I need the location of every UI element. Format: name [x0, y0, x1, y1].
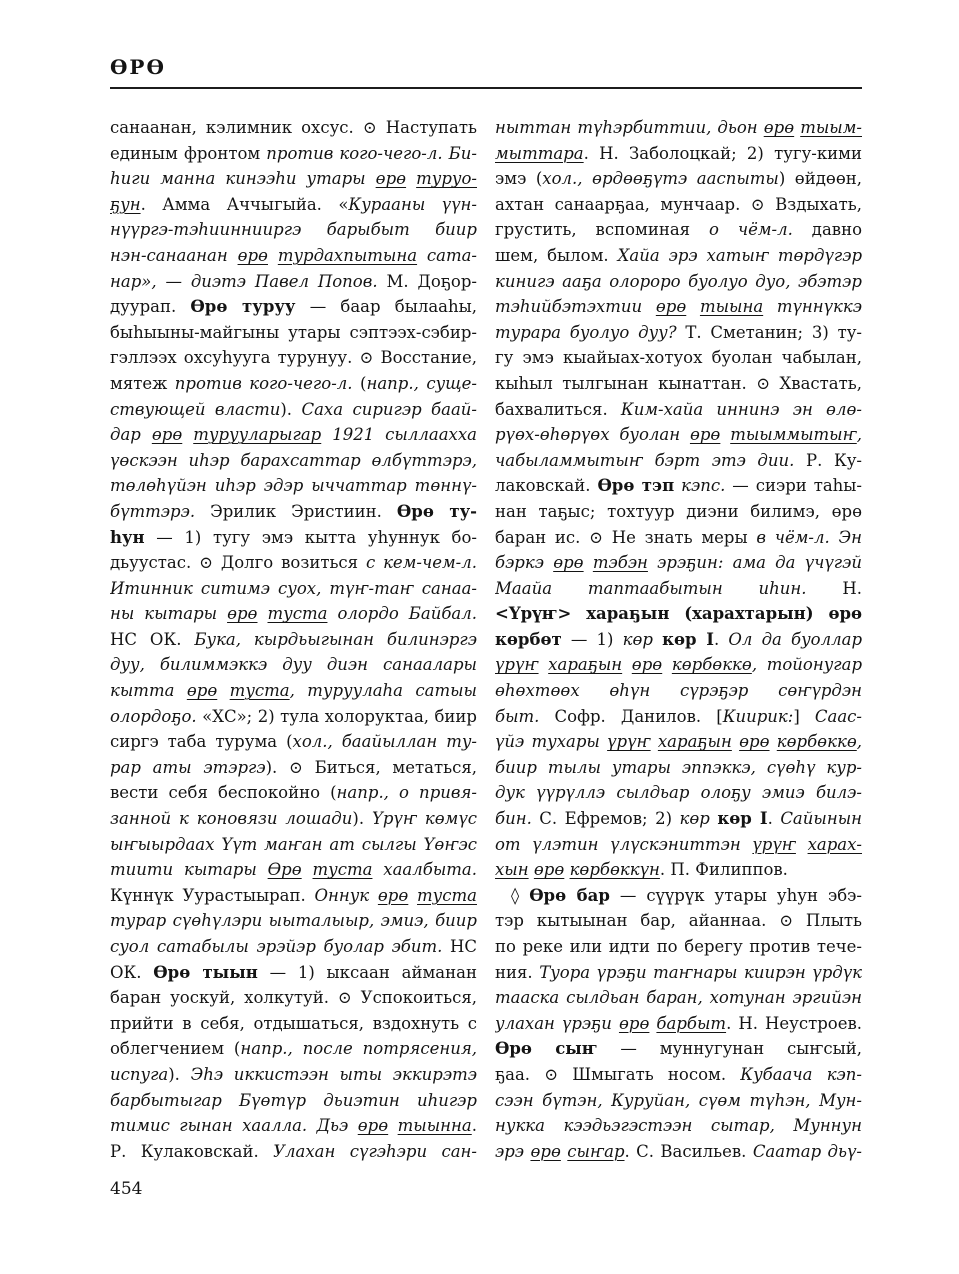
text-segment: өрө — [378, 886, 408, 905]
page-number: 454 — [110, 1178, 862, 1200]
text-line: Маайа таптаабытын иһин. Н. Неустроев. — [495, 576, 862, 602]
text-segment: единым фронтом — [110, 144, 266, 163]
text-line: ны кытары өрө туста олордо Байбал. — [110, 601, 477, 627]
text-segment: , туруулаһа сатыы — [290, 681, 477, 700]
text-segment: кытта — [110, 681, 187, 700]
text-segment: өрө — [690, 425, 720, 444]
text-segment: 1921 сыллаахха — [321, 425, 477, 444]
text-segment: Хайа эрэ хатыҥ төрдүгэр — [618, 246, 862, 265]
text-segment: Курааны үүн- — [348, 195, 477, 214]
text-segment: гэллээх охсуһууга турунуу. ⊙ Восстание, — [110, 348, 477, 367]
text-segment: облегчением ( — [110, 1039, 240, 1058]
text-segment: нэн-санаанан — [110, 246, 238, 265]
text-line: нукка кээдьэгэстээн сытар, Муннун — [495, 1113, 862, 1139]
text-segment: Сайынын — [780, 809, 862, 828]
text-segment: ) өйдөөн, — [779, 169, 862, 188]
text-segment: ). ⊙ Биться, метаться, — [266, 758, 477, 777]
text-segment — [732, 732, 739, 751]
text-segment: Т. Сметанин; 3) ту- — [677, 323, 862, 342]
text-line: прийти в себя, отдышаться, вздохнуть с — [110, 1011, 477, 1037]
text-segment: өрө — [152, 425, 182, 444]
text-segment: бүттэрэ. — [110, 502, 195, 521]
text-segment: өһөхтөөх өһүн сүрэҕэр сөҥүрдэн сылдьы- — [495, 681, 862, 704]
text-segment: өрө — [656, 297, 686, 316]
text-segment: дук үүрүллэ сылдьар олоҕу эмиэ билэ- — [495, 783, 862, 802]
text-line: ния. Туора үрэҕи таҥнары киирэн үрдүк — [495, 960, 862, 986]
text-line: үөскээн иһэр барахсаттар өлбүттэрэ, — [110, 448, 477, 474]
text-segment: Өрө — [268, 860, 302, 879]
text-segment: тимис гынан хаалла. Дьэ — [110, 1116, 358, 1135]
text-segment: көр — [680, 809, 710, 828]
text-segment: Күннүк Уурастыырап. — [110, 886, 314, 905]
text-line: бэркэ өрө тэбэн эрэҕин: ама да үчүгэй — [495, 550, 862, 576]
text-line: занной к коновязи лошади). Үрүҥ көмүс — [110, 806, 477, 832]
text-segment: сыҥар — [567, 1142, 624, 1161]
text-segment: Өрө туруу — [190, 297, 295, 316]
text-segment: барбыт — [656, 1014, 726, 1033]
text-segment: Туора үрэҕи таҥнары киирэн үрдүк — [539, 963, 862, 982]
text-segment: баран уоскуй, холкутуй. ⊙ Успокоиться, — [110, 988, 477, 1007]
text-line: Күннүк Уурастыырап. Оннук өрө туста — [110, 883, 477, 909]
text-segment — [388, 1116, 397, 1135]
text-segment: по реке или идти по берегу против тече- — [495, 937, 862, 956]
text-segment: от үлэтин үлүскэниттэн — [495, 835, 752, 854]
text-line: быт. Софр. Данилов. [Киирик:] Саас- — [495, 704, 862, 730]
text-line: кыһыл тылгынан кынаттан. ⊙ Хвастать, — [495, 371, 862, 397]
text-segment — [686, 297, 700, 316]
text-segment: тааска сылдьан баран, хотунан эргийэн — [495, 988, 862, 1007]
text-segment: . Амма Аччыгыйа. « — [141, 195, 349, 214]
text-segment: өрө — [238, 246, 268, 265]
page-header: ӨРӨ — [110, 54, 862, 89]
text-segment — [539, 655, 549, 674]
text-segment: хол., баайыллан ту- — [293, 732, 477, 751]
text-segment: дьуустас. ⊙ Долго возиться — [110, 553, 366, 572]
text-segment: ны кытары — [110, 604, 227, 623]
text-segment: хараҕын — [658, 732, 732, 751]
text-segment: сиргэ таба турума ( — [110, 732, 293, 751]
text-line: турара буолуо дуу? Т. Сметанин; 3) ту- — [495, 320, 862, 346]
text-segment: ыҥыырдаах Үүт маҥан ат сылгы Үөҥэс — [110, 835, 477, 854]
text-line: санаанан, кэлимник охсус. ⊙ Наступать — [110, 115, 477, 141]
text-segment: дуурап. — [110, 297, 190, 316]
text-line: испуга). Эһэ иккистээн ыты эккирэтэ — [110, 1062, 477, 1088]
text-segment: өрө — [739, 732, 769, 751]
text-line: шем, былом. Хайа эрэ хатыҥ төрдүгэр — [495, 243, 862, 269]
text-segment: санаанан, кэлимник охсус. ⊙ Наступать — [110, 118, 477, 137]
text-segment: бахвалиться. — [495, 400, 621, 419]
text-segment: биир тылы утары эппэккэ, сүөһү кур- — [495, 758, 862, 777]
text-line: ахтан санаарҕаа, мунчаар. ⊙ Вздыхать, — [495, 192, 862, 218]
text-segment: турара буолуо дуу? — [495, 323, 677, 342]
text-line: ныттан түһэрбиттии, дьон өрө тыым- — [495, 115, 862, 141]
text-line: гу эмэ кыайыах-хотуох буолан чабылан, — [495, 345, 862, 371]
text-line: суол сатабылы эрэйэр буолар эбит. НС — [110, 934, 477, 960]
text-segment: өрө — [534, 860, 564, 879]
text-line: мыттара. Н. Заболоцкай; 2) тугу-кими — [495, 141, 862, 167]
text-segment: — сиэри таһы- — [725, 476, 862, 495]
text-segment: кэпс. — [681, 476, 725, 495]
text-line: дук үүрүллэ сылдьар олоҕу эмиэ билэ- — [495, 780, 862, 806]
text-line: кинигэ ааҕа олороро буолуо дуо, эбэтэр — [495, 269, 862, 295]
text-segment: көр I — [717, 809, 767, 828]
text-segment: НС ОК. — [110, 630, 194, 649]
text-segment: напр., после потрясения, — [240, 1039, 477, 1058]
text-segment: өрө — [553, 553, 583, 572]
text-line: сээн бүтэн, Куруйан, сүөм түһэн, Мун- — [495, 1088, 862, 1114]
text-segment: Улахан сүгэһэри сан- — [273, 1142, 477, 1161]
text-segment: үйэ тухары — [495, 732, 607, 751]
text-line: мятеж против кого-чего-л. (напр., суще- — [110, 371, 477, 397]
text-segment: Эрилик Эристиин. — [195, 502, 397, 521]
text-line: ствующей власти). Саха сиригэр баай- — [110, 397, 477, 423]
text-line: рар аты этэргэ). ⊙ Биться, метаться, — [110, 755, 477, 781]
text-segment: Оннук — [314, 886, 377, 905]
text-segment: хол., өрдөөҕүтэ ааспыты — [542, 169, 779, 188]
text-line: төлөһүйэн иһэр эдэр ыччаттар төннү- — [110, 473, 477, 499]
text-segment: с кем-чем-л. — [366, 553, 477, 572]
text-line: нан таҕыс; тохтуур диэни билимэ, өрө — [495, 499, 862, 525]
text-segment — [584, 553, 593, 572]
text-segment: — 1) — [562, 630, 623, 649]
text-segment: Софр. Данилов. [ — [539, 707, 722, 726]
text-line: ҕаа. ⊙ Шмыгать носом. Кубаача кэп- — [495, 1062, 862, 1088]
text-line: быһыыны-майгыны утары сэптээх-сэбир- — [110, 320, 477, 346]
text-line: ыҥыырдаах Үүт маҥан ат сылгы Үөҥэс — [110, 832, 477, 858]
text-segment — [182, 425, 193, 444]
text-line: тааска сылдьан баран, хотунан эргийэн — [495, 985, 862, 1011]
text-segment — [406, 169, 416, 188]
text-segment: һун — [110, 528, 145, 547]
text-line: тимис гынан хаалла. Дьэ өрө тыынна. — [110, 1113, 477, 1139]
text-segment: ния. — [495, 963, 539, 982]
text-segment: түннүккэ — [763, 297, 862, 316]
text-line: баран ис. ⊙ Не знать меры в чём-л. Эн — [495, 525, 862, 551]
text-segment: Саатар дьү- — [753, 1142, 862, 1161]
text-segment: Р. Кулаковскай. — [110, 1142, 273, 1161]
text-segment: М. Доҕор- — [378, 272, 477, 291]
text-segment: <Үрүҥ> хараҕын (харахтарын) өрө — [495, 604, 862, 623]
text-line: нүүргэ-тэһииннииргэ барыбыт биир өйү- — [110, 217, 477, 243]
text-line: Р. Кулаковскай. Улахан сүгэһэри сан- — [110, 1139, 477, 1165]
text-segment: хын — [495, 860, 529, 879]
text-segment: нукка кээдьэгэстээн сытар, Муннун — [495, 1116, 862, 1135]
text-segment: ОК. — [110, 963, 153, 982]
text-segment: Өрө тэп — [597, 476, 674, 495]
text-segment: Саха сиригэр баай- — [301, 400, 477, 419]
text-segment: төлөһүйэн иһэр эдэр ыччаттар төннү- — [110, 476, 477, 495]
text-segment: о чём-л. — [709, 220, 793, 239]
text-segment: — баар былааһы, — [296, 297, 478, 316]
text-segment: хаалбыта. — [372, 860, 477, 879]
text-segment — [268, 246, 278, 265]
text-segment: — 1) тугу эмэ кытта уһуннук бо- — [145, 528, 477, 547]
text-segment: Ким-хайа иннинэ эн өлө- — [621, 400, 862, 419]
text-segment: тэһийбэтэхтии — [495, 297, 656, 316]
text-segment: — сүүрүк утары уһун эбэ- — [610, 886, 862, 905]
text-segment: . — [472, 1116, 477, 1135]
text-segment: Саас- — [815, 707, 862, 726]
text-segment: олордоҕо. — [110, 707, 197, 726]
text-segment: Киирик: — [723, 707, 794, 726]
text-segment: . — [768, 809, 781, 828]
text-segment: НС — [442, 937, 477, 956]
text-segment: . — [714, 630, 728, 649]
text-line: сиргэ таба турума (хол., баайыллан ту- — [110, 729, 477, 755]
text-line: һиги манна кинээһи утары өрө туруо- — [110, 166, 477, 192]
text-segment: Кубаача кэп- — [740, 1065, 862, 1084]
text-line: олордоҕо. «ХС»; 2) тула холоруктаа, биир — [110, 704, 477, 730]
text-line: от үлэтин үлүскэниттэн үрүҥ харах- — [495, 832, 862, 858]
text-segment: көрбөккө — [672, 655, 752, 674]
text-segment: туста — [230, 681, 290, 700]
text-segment: өрө — [358, 1116, 388, 1135]
text-segment: С. Ефремов; 2) — [532, 809, 680, 828]
text-segment: чабыламмытыҥ бэрт этэ дии. — [495, 451, 794, 470]
text-segment: сата- — [417, 246, 477, 265]
text-line: ҕун. Амма Аччыгыйа. «Курааны үүн- — [110, 192, 477, 218]
text-segment: шем, былом. — [495, 246, 618, 265]
text-segment: нар», — диэтэ Павел Попов. — [110, 272, 378, 291]
text-segment: үрүҥ — [752, 835, 796, 854]
text-segment: ныттан түһэрбиттии, дьон — [495, 118, 764, 137]
text-segment: ҕаа. ⊙ Шмыгать носом. — [495, 1065, 740, 1084]
text-segment: олордо Байбал. — [327, 604, 477, 623]
text-segment: — 1) ыксаан айманан — [258, 963, 477, 982]
text-line: чабыламмытыҥ бэрт этэ дии. Р. Ку- — [495, 448, 862, 474]
text-segment: лаковскай. — [495, 476, 597, 495]
text-segment: сээн бүтэн, Куруйан, сүөм түһэн, Мун- — [495, 1091, 862, 1110]
text-segment: Ол да буоллар — [728, 630, 862, 649]
text-line: единым фронтом против кого-чего-л. Би- — [110, 141, 477, 167]
text-segment: көрбөт — [495, 630, 562, 649]
text-segment: быт. — [495, 707, 539, 726]
text-segment — [217, 681, 229, 700]
text-segment: турууларыгар — [193, 425, 321, 444]
text-line: нэн-санаанан өрө турдахпытына сата- — [110, 243, 477, 269]
text-segment: Эһэ иккистээн ыты эккирэтэ — [191, 1065, 477, 1084]
text-segment: Р. Ку- — [794, 451, 862, 470]
text-segment — [408, 886, 417, 905]
text-segment: өрө — [376, 169, 406, 188]
header-rule — [110, 87, 862, 89]
text-segment: турар сүөһүлэри ыыталыыр, эмиэ, биир — [110, 911, 477, 930]
text-line: тиити кытары Өрө туста хаалбыта. — [110, 857, 477, 883]
text-line: по реке или идти по берегу против тече- — [495, 934, 862, 960]
text-segment: тиити кытары — [110, 860, 268, 879]
text-segment: дуу, билиммэккэ дуу диэн санаалары — [110, 655, 477, 674]
text-line: дар өрө турууларыгар 1921 сыллаахха — [110, 422, 477, 448]
text-segment: . П. Филиппов. — [660, 860, 788, 879]
text-segment: туста — [313, 860, 373, 879]
text-line: эрэ өрө сыҥар. С. Васильев. Саатар дьү- — [495, 1139, 862, 1165]
text-segment: дар — [110, 425, 152, 444]
text-segment: улахан үрэҕи — [495, 1014, 619, 1033]
text-segment: тыым- — [800, 118, 862, 137]
text-segment: . Н. Неустроев. — [726, 1014, 862, 1033]
text-columns: санаанан, кэлимник охсус. ⊙ Наступатьеди… — [110, 115, 862, 1164]
text-segment: Өрө сыҥ — [495, 1039, 598, 1058]
text-segment: рар аты этэргэ — [110, 758, 266, 777]
text-line: бахвалиться. Ким-хайа иннинэ эн өлө- — [495, 397, 862, 423]
text-line: дьуустас. ⊙ Долго возиться с кем-чем-л. — [110, 550, 477, 576]
text-line: хын өрө көрбөккүн. П. Филиппов. — [495, 857, 862, 883]
text-segment: көр — [623, 630, 653, 649]
text-segment: Маайа таптаабытын иһин. — [495, 579, 807, 598]
text-segment: напр., суще- — [366, 374, 477, 393]
text-line: һун — 1) тугу эмэ кытта уһуннук бо- — [110, 525, 477, 551]
text-segment: ◊ — [511, 886, 529, 905]
text-line: ◊ Өрө бар — сүүрүк утары уһун эбэ- — [495, 883, 862, 909]
text-segment: грустить, вспоминая — [495, 220, 709, 239]
text-segment: хараҕын — [548, 655, 622, 674]
text-line: бүттэрэ. Эрилик Эристиин. Өрө ту- — [110, 499, 477, 525]
text-line: Өрө сыҥ — муннугунан сыҥсый, сыҥыр- — [495, 1036, 862, 1062]
text-segment: барбытыгар Бүөтүр дьиэтин иһигэр — [110, 1091, 477, 1110]
text-segment: тыыммытыҥ — [730, 425, 857, 444]
text-segment: тыына — [700, 297, 763, 316]
text-segment: ( — [353, 374, 367, 393]
text-segment: против кого-чего-л. — [175, 374, 353, 393]
text-line: барбытыгар Бүөтүр дьиэтин иһигэр — [110, 1088, 477, 1114]
text-line: кытта өрө туста, туруулаһа сатыы — [110, 678, 477, 704]
text-line: тэр кытыынан бар, айаннаа. ⊙ Плыть — [495, 908, 862, 934]
text-segment: ствующей власти — [110, 400, 280, 419]
text-line: бин. С. Ефремов; 2) көр көр I. Сайынын — [495, 806, 862, 832]
text-segment: баран ис. ⊙ Не знать меры — [495, 528, 756, 547]
text-line: турар сүөһүлэри ыыталыыр, эмиэ, биир — [110, 908, 477, 934]
text-line: облегчением (напр., после потрясения, — [110, 1036, 477, 1062]
text-line: тэһийбэтэхтии өрө тыына түннүккэ — [495, 294, 862, 320]
text-segment: өрө — [632, 655, 662, 674]
dictionary-page: ӨРӨ санаанан, кэлимник охсус. ⊙ Наступат… — [0, 0, 959, 1274]
text-segment: Өрө тыын — [153, 963, 258, 982]
text-segment: суол сатабылы эрэйэр буолар эбит. — [110, 937, 442, 956]
text-segment: в чём-л. Эн — [756, 528, 862, 547]
text-segment: тыынна — [398, 1116, 472, 1135]
text-segment: занной к коновязи лошади — [110, 809, 352, 828]
text-segment: өрө — [187, 681, 217, 700]
text-segment: тэбэн — [593, 553, 648, 572]
text-line: дуурап. Өрө туруу — баар былааһы, — [110, 294, 477, 320]
text-line: НС ОК. Бука, кырдьыгынан билинэргэ — [110, 627, 477, 653]
text-line: вести себя беспокойно (напр., о привя- — [110, 780, 477, 806]
text-segment: гу эмэ кыайыах-хотуох буолан чабылан, — [495, 348, 862, 367]
text-segment — [651, 732, 658, 751]
text-segment: кыһыл тылгынан кынаттан. ⊙ Хвастать, — [495, 374, 862, 393]
text-segment: «ХС»; 2) тула холоруктаа, биир — [197, 707, 477, 726]
text-segment: үрүҥ — [495, 655, 539, 674]
text-line: гэллээх охсуһууга турунуу. ⊙ Восстание, — [110, 345, 477, 371]
text-line: улахан үрэҕи өрө барбыт. Н. Неустроев. — [495, 1011, 862, 1037]
text-segment: испуга — [110, 1065, 168, 1084]
text-segment: һиги манна кинээһи утары — [110, 169, 376, 188]
text-segment: напр., о привя- — [337, 783, 477, 802]
text-segment: эмэ ( — [495, 169, 542, 188]
text-segment: өрө — [619, 1014, 649, 1033]
text-segment: турдахпытына — [278, 246, 417, 265]
text-segment — [302, 860, 313, 879]
text-segment — [653, 630, 662, 649]
text-line: рүөх-өһөрүөх буолан өрө тыыммытыҥ, — [495, 422, 862, 448]
text-segment: бэркэ — [495, 553, 553, 572]
text-segment: Үрүҥ көмүс — [372, 809, 477, 828]
text-segment: , — [857, 425, 862, 444]
text-segment: ). — [352, 809, 372, 828]
text-line: грустить, вспоминая о чём-л. давно минув… — [495, 217, 862, 243]
text-segment — [796, 835, 808, 854]
text-line: көрбөт — 1) көр көр I. Ол да буоллар — [495, 627, 862, 653]
text-segment: нан таҕыс; тохтуур диэни билимэ, өрө — [495, 502, 862, 521]
text-segment: көрбөккө — [777, 732, 857, 751]
text-line: үйэ тухары үрүҥ хараҕын өрө көрбөккө, — [495, 729, 862, 755]
text-line: <Үрүҥ> хараҕын (харахтарын) өрө — [495, 601, 862, 627]
text-line: биир тылы утары эппэккэ, сүөһү кур- — [495, 755, 862, 781]
running-head: ӨРӨ — [110, 54, 862, 80]
text-segment — [258, 604, 268, 623]
text-segment: тэр кытыынан бар, айаннаа. ⊙ Плыть — [495, 911, 862, 930]
text-segment: бин. — [495, 809, 532, 828]
text-segment — [622, 655, 632, 674]
text-segment: быһыыны-майгыны утары сэптээх-сэбир- — [110, 323, 477, 342]
text-segment: рүөх-өһөрүөх буолан — [495, 425, 690, 444]
text-segment: Өрө бар — [529, 886, 610, 905]
text-line: лаковскай. Өрө тэп кэпс. — сиэри таһы- — [495, 473, 862, 499]
text-segment: эрэҕин: ама да үчүгэй — [648, 553, 862, 572]
text-segment: эрэ — [495, 1142, 530, 1161]
text-line: өһөхтөөх өһүн сүрэҕэр сөҥүрдэн сылдьы- — [495, 678, 862, 704]
text-segment: ] — [793, 707, 815, 726]
text-segment: туруо- — [416, 169, 477, 188]
text-segment: мыттара — [495, 144, 584, 163]
text-segment — [662, 655, 672, 674]
text-line: Итинник ситимэ суох, түҥ-таҥ санаа- — [110, 576, 477, 602]
text-segment: көрбөккүн — [570, 860, 660, 879]
text-segment: Итинник ситимэ суох, түҥ-таҥ санаа- — [110, 579, 477, 598]
text-segment: ). — [280, 400, 301, 419]
text-segment: ахтан санаарҕаа, мунчаар. ⊙ Вздыхать, — [495, 195, 862, 214]
text-segment: вести себя беспокойно ( — [110, 783, 337, 802]
text-line: үрүҥ хараҕын өрө көрбөккө, тойонугар — [495, 652, 862, 678]
text-line: эмэ (хол., өрдөөҕүтэ ааспыты) өйдөөн, — [495, 166, 862, 192]
text-line: баран уоскуй, холкутуй. ⊙ Успокоиться, — [110, 985, 477, 1011]
text-segment: против кого-чего-л. Би- — [266, 144, 477, 163]
column-right: ныттан түһэрбиттии, дьон өрө тыым-мыттар… — [495, 115, 862, 1164]
text-segment — [720, 425, 730, 444]
text-segment: өрө — [227, 604, 257, 623]
text-segment: , тойонугар — [752, 655, 862, 674]
text-segment: Бука, кырдьыгынан билинэргэ — [194, 630, 477, 649]
text-segment: прийти в себя, отдышаться, вздохнуть с — [110, 1014, 477, 1033]
text-segment: ҕун — [110, 195, 141, 214]
text-segment: үөскээн иһэр барахсаттар өлбүттэрэ, — [110, 451, 477, 470]
text-segment: үрүҥ — [607, 732, 651, 751]
text-segment: мятеж — [110, 374, 175, 393]
text-segment: туста — [417, 886, 477, 905]
text-segment: туста — [268, 604, 328, 623]
column-left: санаанан, кэлимник охсус. ⊙ Наступатьеди… — [110, 115, 477, 1164]
text-segment: . Н. Заболоцкай; 2) тугу-кими — [584, 144, 862, 163]
text-line: нар», — диэтэ Павел Попов. М. Доҕор- — [110, 269, 477, 295]
text-line: ОК. Өрө тыын — 1) ыксаан айманан — [110, 960, 477, 986]
text-segment: Өрө ту- — [397, 502, 477, 521]
text-segment: өрө — [764, 118, 794, 137]
text-segment: нүүргэ-тэһииннииргэ барыбыт биир өйү- — [110, 220, 477, 243]
text-segment: харах- — [808, 835, 862, 854]
text-segment: өрө — [530, 1142, 560, 1161]
text-segment: көр I — [662, 630, 714, 649]
text-segment: . С. Васильев. — [625, 1142, 753, 1161]
